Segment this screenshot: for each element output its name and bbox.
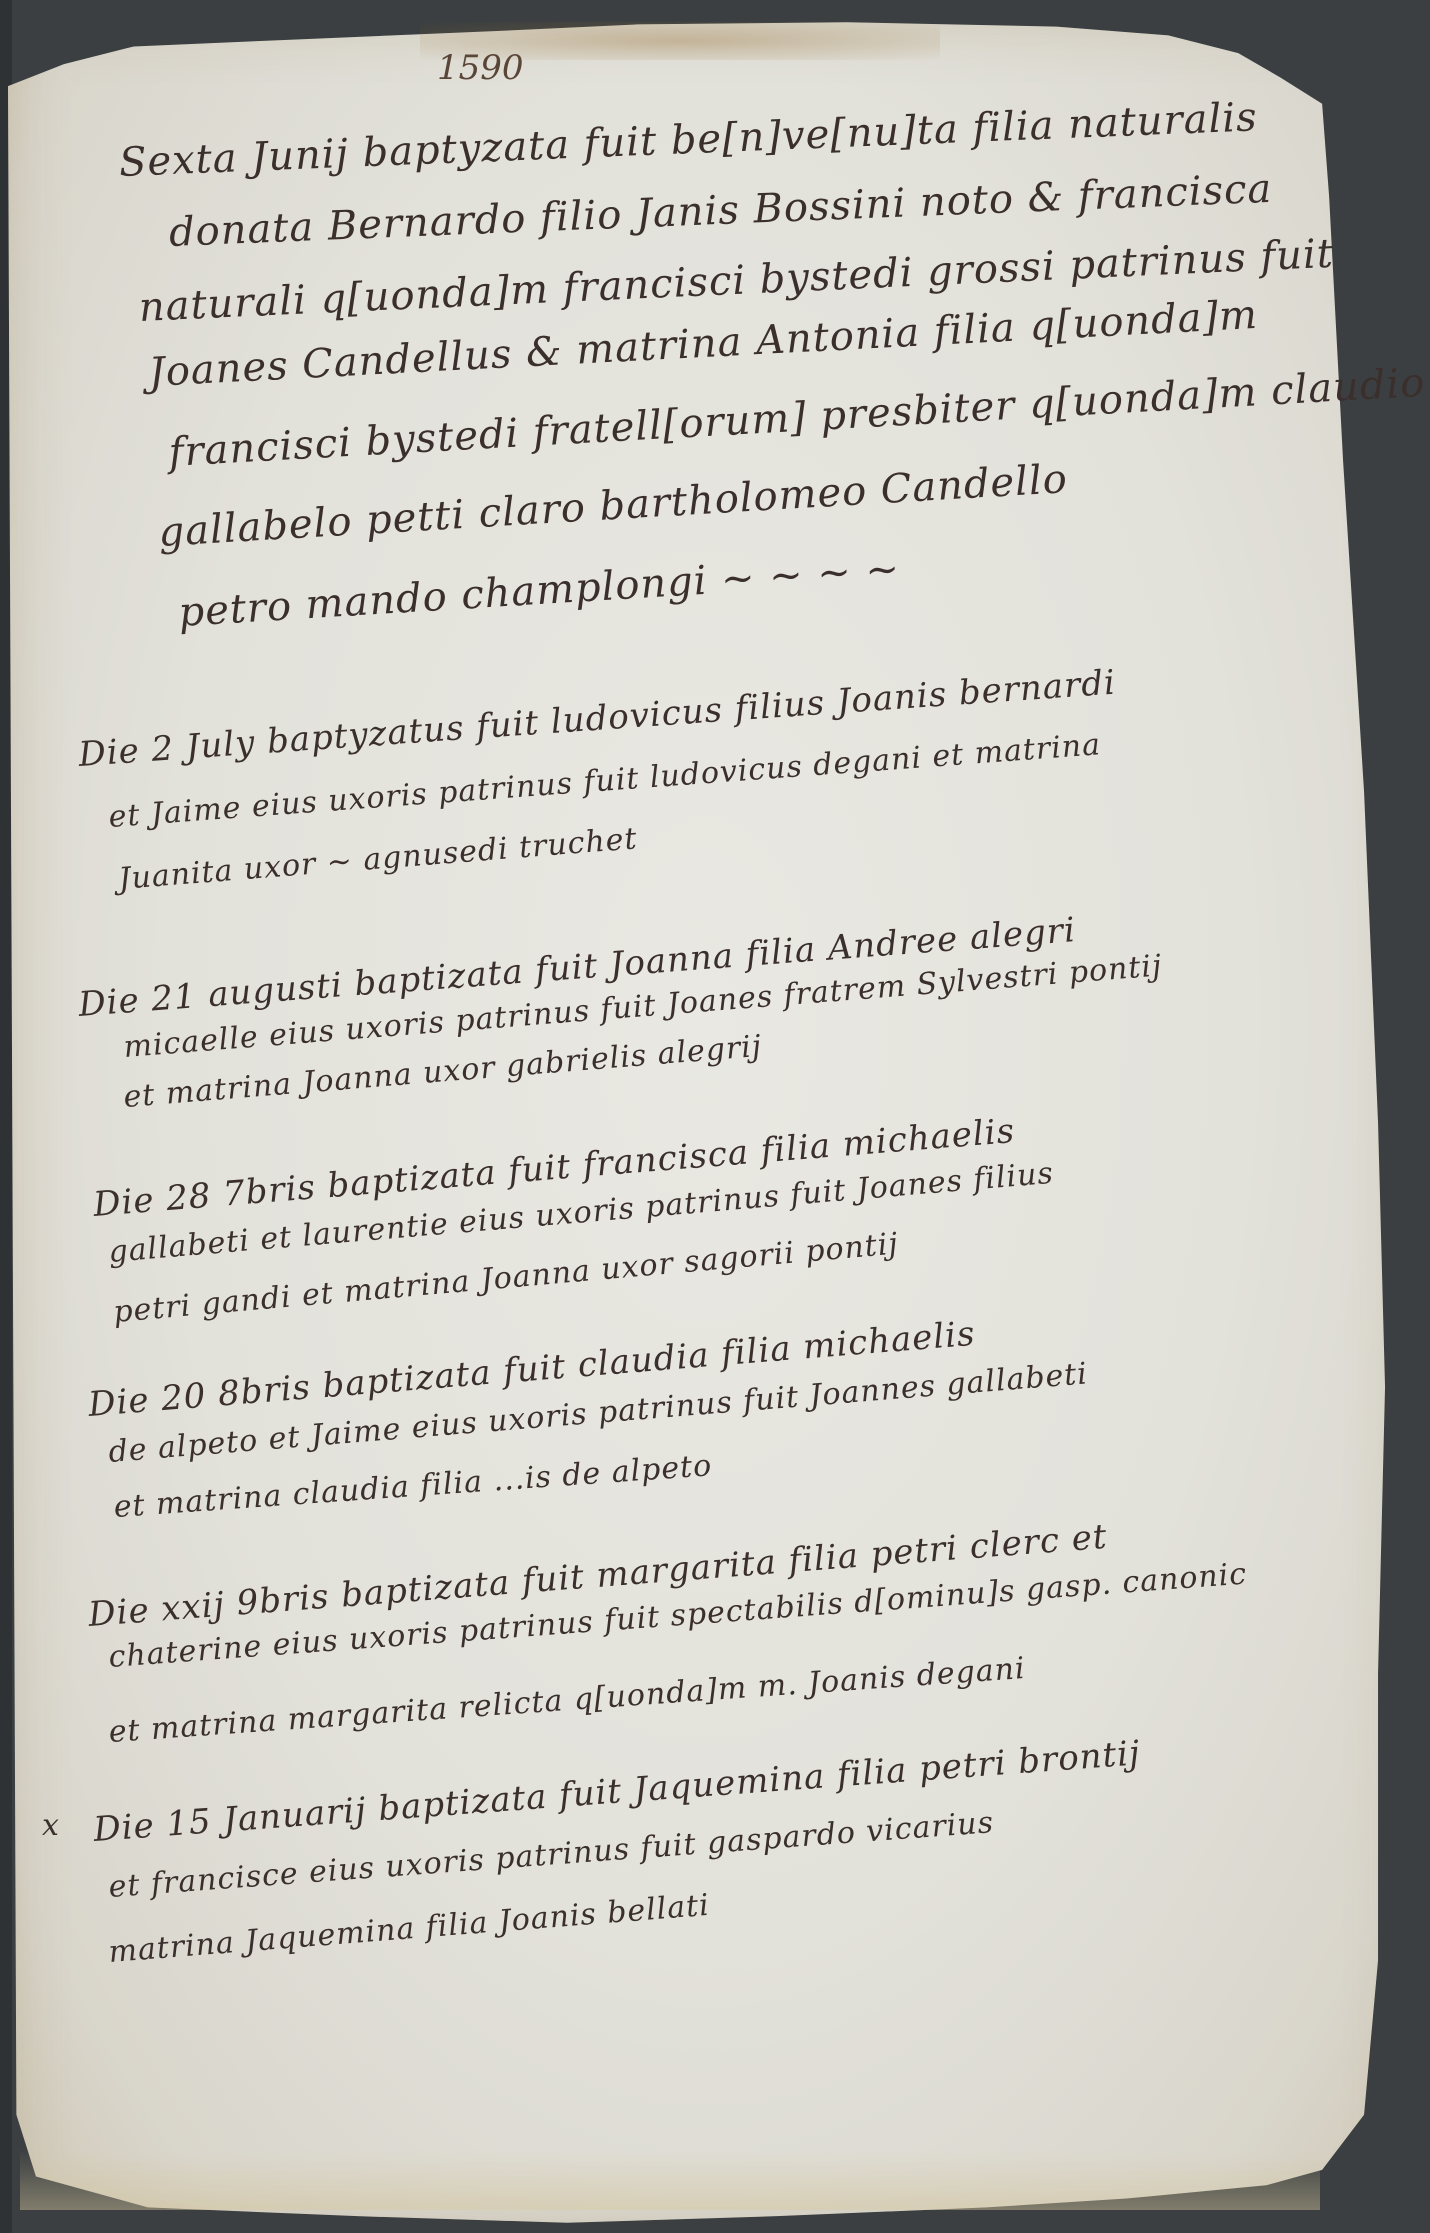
year-header: 1590 bbox=[437, 48, 524, 88]
margin-cross-mark: x bbox=[42, 1808, 59, 1843]
